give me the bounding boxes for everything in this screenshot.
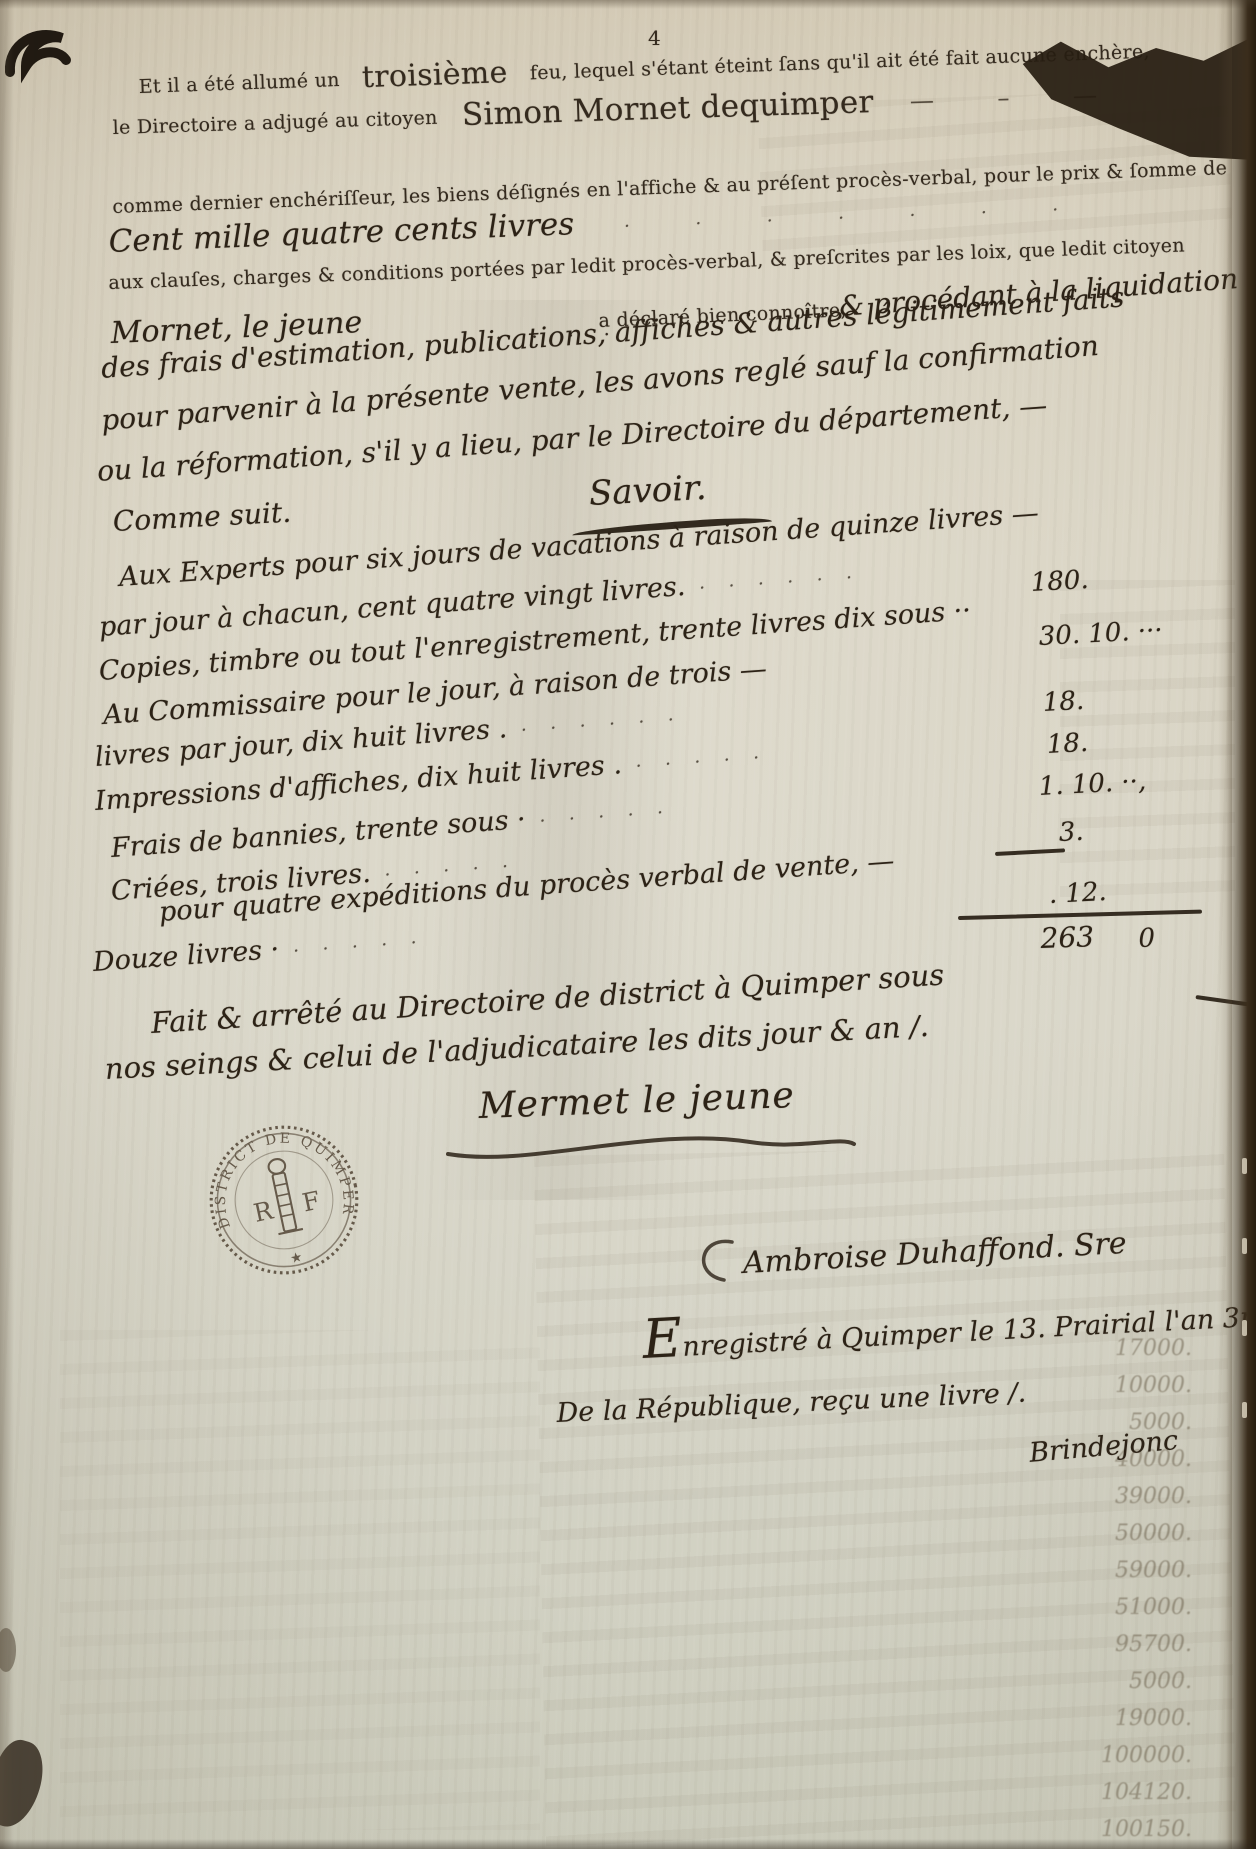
binding-stitch [1242, 1402, 1247, 1418]
page-number: 4 [648, 26, 661, 50]
fee-line-expeditions-2: Douze livres ·· · · · · [92, 924, 426, 978]
page-top-shadow [0, 0, 1256, 9]
fee-amount-criees: 3. [1058, 817, 1084, 848]
total-livres: 263 [1040, 920, 1095, 955]
dot-leader [780, 661, 781, 682]
bleedthrough-texture-bottom-left [60, 1330, 540, 1830]
stamp-star-icon: ★ [289, 1249, 304, 1267]
savoir-heading: Savoir. [588, 468, 707, 514]
svg-text:DISTRICT DE QUIMPER: DISTRICT DE QUIMPER [200, 1117, 361, 1246]
bleed-number: 100000. [1042, 1737, 1192, 1774]
binding-stitch [1242, 1320, 1247, 1336]
page-left-shadow [0, 0, 14, 1849]
bleed-number: 104120. [1042, 1774, 1192, 1811]
bleed-number: 39000. [1042, 1478, 1192, 1515]
handwritten-fire-ordinal: troisième [361, 55, 508, 95]
bleed-number: 5000. [1042, 1663, 1192, 1700]
bleedthrough-numbers-column: 17000. 10000. 5000. 40000. 39000. 50000.… [1042, 1330, 1192, 1848]
paraph-flourish [688, 1232, 748, 1288]
dot-leader [984, 602, 985, 623]
fee-amount-impressions: 18. [1046, 728, 1089, 760]
fee-amount-experts: 180. [1030, 565, 1089, 598]
bleed-number: 95700. [1042, 1626, 1192, 1663]
manuscript-page: 17000. 10000. 5000. 40000. 39000. 50000.… [0, 0, 1256, 1849]
total-sous: 0 [1138, 923, 1156, 954]
dot-leader: · · · · · [293, 932, 427, 962]
fee-text: Douze livres · [92, 934, 280, 978]
bleed-number: 10000. [1042, 1367, 1192, 1404]
total-rule [958, 910, 1202, 920]
dot-leader [908, 853, 909, 874]
ink-flourish-mark [2, 18, 98, 88]
printed-fire-pre: Et il a été allumé un [138, 69, 340, 98]
page-bottom-shadow [0, 1839, 1256, 1849]
dash-rule [995, 848, 1065, 856]
binding-stitch [1242, 1158, 1247, 1174]
handwritten-comme-suit: Comme suit. [112, 496, 292, 538]
stamp-ring-text: DISTRICT DE QUIMPER [200, 1117, 361, 1246]
printed-adjuge-pre: le Directoire a adjugé au citoyen [112, 107, 438, 139]
bleed-number: 59000. [1042, 1552, 1192, 1589]
dot-leader: · · · · · [635, 747, 769, 777]
fee-amount-commissaire: 18. [1042, 686, 1085, 718]
bleed-number: 51000. [1042, 1589, 1192, 1626]
fee-amount-bannies: 1. 10. ··, [1038, 766, 1147, 802]
fee-amount-expeditions: . 12. [1048, 877, 1107, 910]
stamp-letter-f: F [300, 1185, 323, 1217]
dot-leader: · · · · · · [699, 567, 862, 599]
district-stamp: DISTRICT DE QUIMPER ★ R F [191, 1107, 376, 1292]
stamp-letter-r: R [251, 1195, 277, 1228]
signature-flourish [440, 1120, 860, 1172]
dot-leader [1052, 505, 1053, 526]
bleed-number: 50000. [1042, 1515, 1192, 1552]
binding-edge [1226, 0, 1256, 1849]
bleed-number: 19000. [1042, 1700, 1192, 1737]
binding-stitch [1242, 1238, 1247, 1254]
